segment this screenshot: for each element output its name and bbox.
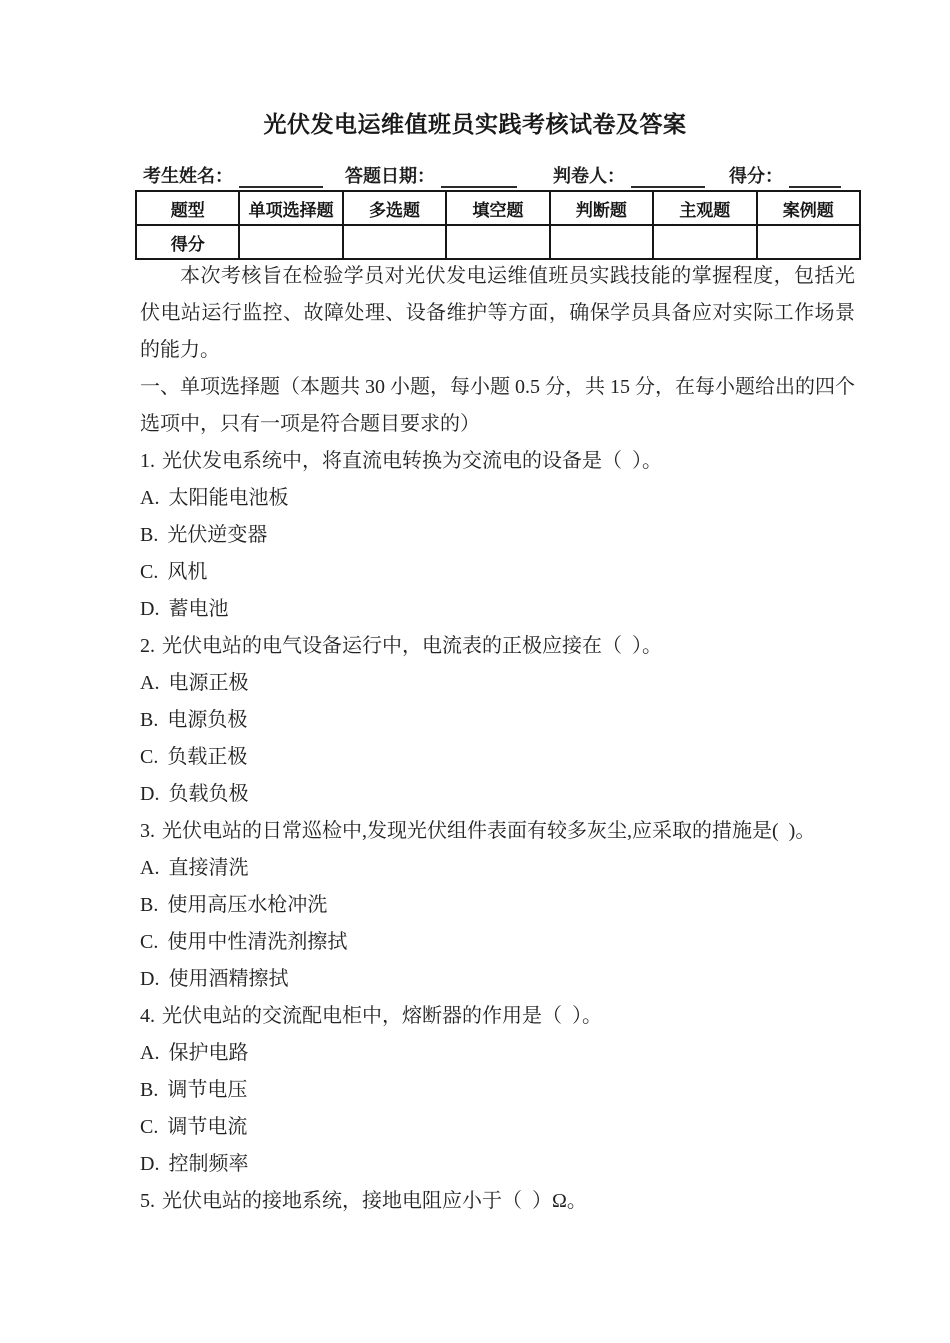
question-line: 5.光伏电站的接地系统，接地电阻应小于（ ）Ω。 bbox=[140, 1183, 855, 1220]
question-block: 4.光伏电站的交流配电柜中，熔断器的作用是（ ）。 A.保护电路 B.调节电压 … bbox=[140, 998, 855, 1183]
score-table-header-cell: 多选题 bbox=[343, 191, 446, 225]
option-label: B. bbox=[140, 1072, 158, 1109]
fill-in-blank-name bbox=[239, 164, 323, 188]
score-table-header-cell: 案例题 bbox=[757, 191, 860, 225]
exam-page: 光伏发电运维值班员实践考核试卷及答案 考生姓名： 答题日期： 判卷人： 得分： … bbox=[0, 0, 950, 1343]
option-line: B.使用高压水枪冲洗 bbox=[140, 887, 855, 924]
option-label: D. bbox=[140, 1146, 159, 1183]
option-text: 调节电流 bbox=[167, 1116, 247, 1138]
option-line: A.直接清洗 bbox=[140, 850, 855, 887]
question-line: 2.光伏电站的电气设备运行中，电流表的正极应接在（ ）。 bbox=[140, 628, 855, 665]
score-table-header-cell: 判断题 bbox=[550, 191, 653, 225]
option-label: B. bbox=[140, 517, 158, 554]
option-text: 负载负极 bbox=[168, 783, 248, 805]
question-number: 2. bbox=[140, 628, 155, 665]
score-table-header-cell: 题型 bbox=[136, 191, 239, 225]
option-text: 电源负极 bbox=[167, 709, 247, 731]
score-cell-empty bbox=[757, 225, 860, 259]
option-line: C.使用中性清洗剂擦拭 bbox=[140, 924, 855, 961]
question-text: 光伏电站的日常巡检中,发现光伏组件表面有较多灰尘,应采取的措施是( )。 bbox=[162, 820, 815, 842]
option-text: 风机 bbox=[167, 561, 207, 583]
question-text: 光伏电站的电气设备运行中，电流表的正极应接在（ ）。 bbox=[162, 635, 662, 657]
score-cell-empty bbox=[550, 225, 653, 259]
option-text: 太阳能电池板 bbox=[168, 487, 288, 509]
intro-paragraph: 本次考核旨在检验学员对光伏发电运维值班员实践技能的掌握程度，包括光伏电站运行监控… bbox=[140, 258, 855, 369]
option-line: B.调节电压 bbox=[140, 1072, 855, 1109]
info-label-score: 得分： bbox=[729, 162, 783, 188]
question-number: 3. bbox=[140, 813, 155, 850]
score-cell-empty bbox=[343, 225, 446, 259]
info-field-date: 答题日期： bbox=[345, 162, 517, 188]
fill-in-blank-score bbox=[789, 164, 841, 188]
option-text: 电源正极 bbox=[168, 672, 248, 694]
question-block: 2.光伏电站的电气设备运行中，电流表的正极应接在（ ）。 A.电源正极 B.电源… bbox=[140, 628, 855, 813]
option-label: C. bbox=[140, 1109, 158, 1146]
option-label: B. bbox=[140, 702, 158, 739]
option-text: 负载正极 bbox=[167, 746, 247, 768]
option-line: B.光伏逆变器 bbox=[140, 517, 855, 554]
option-line: A.太阳能电池板 bbox=[140, 480, 855, 517]
option-label: D. bbox=[140, 776, 159, 813]
option-text: 使用中性清洗剂擦拭 bbox=[167, 931, 347, 953]
option-label: C. bbox=[140, 924, 158, 961]
option-label: B. bbox=[140, 887, 158, 924]
option-line: D.蓄电池 bbox=[140, 591, 855, 628]
score-table-header-cell: 单项选择题 bbox=[239, 191, 342, 225]
question-text: 光伏电站的交流配电柜中，熔断器的作用是（ ）。 bbox=[162, 1005, 602, 1027]
question-block: 1.光伏发电系统中，将直流电转换为交流电的设备是（ ）。 A.太阳能电池板 B.… bbox=[140, 443, 855, 628]
fill-in-blank-grader bbox=[631, 164, 705, 188]
option-text: 保护电路 bbox=[168, 1042, 248, 1064]
question-block: 5.光伏电站的接地系统，接地电阻应小于（ ）Ω。 bbox=[140, 1183, 855, 1220]
option-text: 调节电压 bbox=[167, 1079, 247, 1101]
option-line: C.风机 bbox=[140, 554, 855, 591]
option-line: A.保护电路 bbox=[140, 1035, 855, 1072]
candidate-info-row: 考生姓名： 答题日期： 判卷人： 得分： bbox=[143, 156, 855, 188]
option-label: C. bbox=[140, 739, 158, 776]
question-number: 5. bbox=[140, 1183, 155, 1220]
option-line: D.负载负极 bbox=[140, 776, 855, 813]
option-line: C.调节电流 bbox=[140, 1109, 855, 1146]
question-line: 1.光伏发电系统中，将直流电转换为交流电的设备是（ ）。 bbox=[140, 443, 855, 480]
option-label: A. bbox=[140, 480, 159, 517]
score-cell-empty bbox=[653, 225, 756, 259]
question-block: 3.光伏电站的日常巡检中,发现光伏组件表面有较多灰尘,应采取的措施是( )。 A… bbox=[140, 813, 855, 998]
score-table: 题型 单项选择题 多选题 填空题 判断题 主观题 案例题 得分 bbox=[135, 190, 861, 260]
option-line: D.使用酒精擦拭 bbox=[140, 961, 855, 998]
option-line: C.负载正极 bbox=[140, 739, 855, 776]
score-table-header-row: 题型 单项选择题 多选题 填空题 判断题 主观题 案例题 bbox=[136, 191, 860, 225]
option-label: A. bbox=[140, 1035, 159, 1072]
question-text: 光伏发电系统中，将直流电转换为交流电的设备是（ ）。 bbox=[162, 450, 662, 472]
score-table-header-cell: 填空题 bbox=[446, 191, 549, 225]
score-table-header-cell: 主观题 bbox=[653, 191, 756, 225]
section-heading: 一、单项选择题（本题共 30 小题，每小题 0.5 分，共 15 分，在每小题给… bbox=[140, 369, 855, 443]
info-field-name: 考生姓名： bbox=[143, 162, 323, 188]
question-line: 3.光伏电站的日常巡检中,发现光伏组件表面有较多灰尘,应采取的措施是( )。 bbox=[140, 813, 855, 850]
score-cell-empty bbox=[446, 225, 549, 259]
option-label: C. bbox=[140, 554, 158, 591]
option-text: 控制频率 bbox=[168, 1153, 248, 1175]
info-field-grader: 判卷人： bbox=[553, 162, 705, 188]
option-text: 使用酒精擦拭 bbox=[168, 968, 288, 990]
option-text: 蓄电池 bbox=[168, 598, 228, 620]
fill-in-blank-date bbox=[441, 164, 517, 188]
question-number: 4. bbox=[140, 998, 155, 1035]
option-line: A.电源正极 bbox=[140, 665, 855, 702]
score-table-score-row: 得分 bbox=[136, 225, 860, 259]
option-label: A. bbox=[140, 665, 159, 702]
option-label: A. bbox=[140, 850, 159, 887]
option-label: D. bbox=[140, 591, 159, 628]
info-label-grader: 判卷人： bbox=[553, 162, 625, 188]
option-text: 使用高压水枪冲洗 bbox=[167, 894, 327, 916]
question-number: 1. bbox=[140, 443, 155, 480]
question-line: 4.光伏电站的交流配电柜中，熔断器的作用是（ ）。 bbox=[140, 998, 855, 1035]
option-text: 直接清洗 bbox=[168, 857, 248, 879]
option-line: D.控制频率 bbox=[140, 1146, 855, 1183]
info-label-name: 考生姓名： bbox=[143, 162, 233, 188]
score-row-label-cell: 得分 bbox=[136, 225, 239, 259]
info-field-score: 得分： bbox=[729, 162, 841, 188]
option-line: B.电源负极 bbox=[140, 702, 855, 739]
option-text: 光伏逆变器 bbox=[167, 524, 267, 546]
score-cell-empty bbox=[239, 225, 342, 259]
page-title: 光伏发电运维值班员实践考核试卷及答案 bbox=[0, 106, 950, 139]
info-label-date: 答题日期： bbox=[345, 162, 435, 188]
question-text: 光伏电站的接地系统，接地电阻应小于（ ）Ω。 bbox=[162, 1190, 587, 1212]
exam-body: 本次考核旨在检验学员对光伏发电运维值班员实践技能的掌握程度，包括光伏电站运行监控… bbox=[140, 258, 855, 1220]
option-label: D. bbox=[140, 961, 159, 998]
